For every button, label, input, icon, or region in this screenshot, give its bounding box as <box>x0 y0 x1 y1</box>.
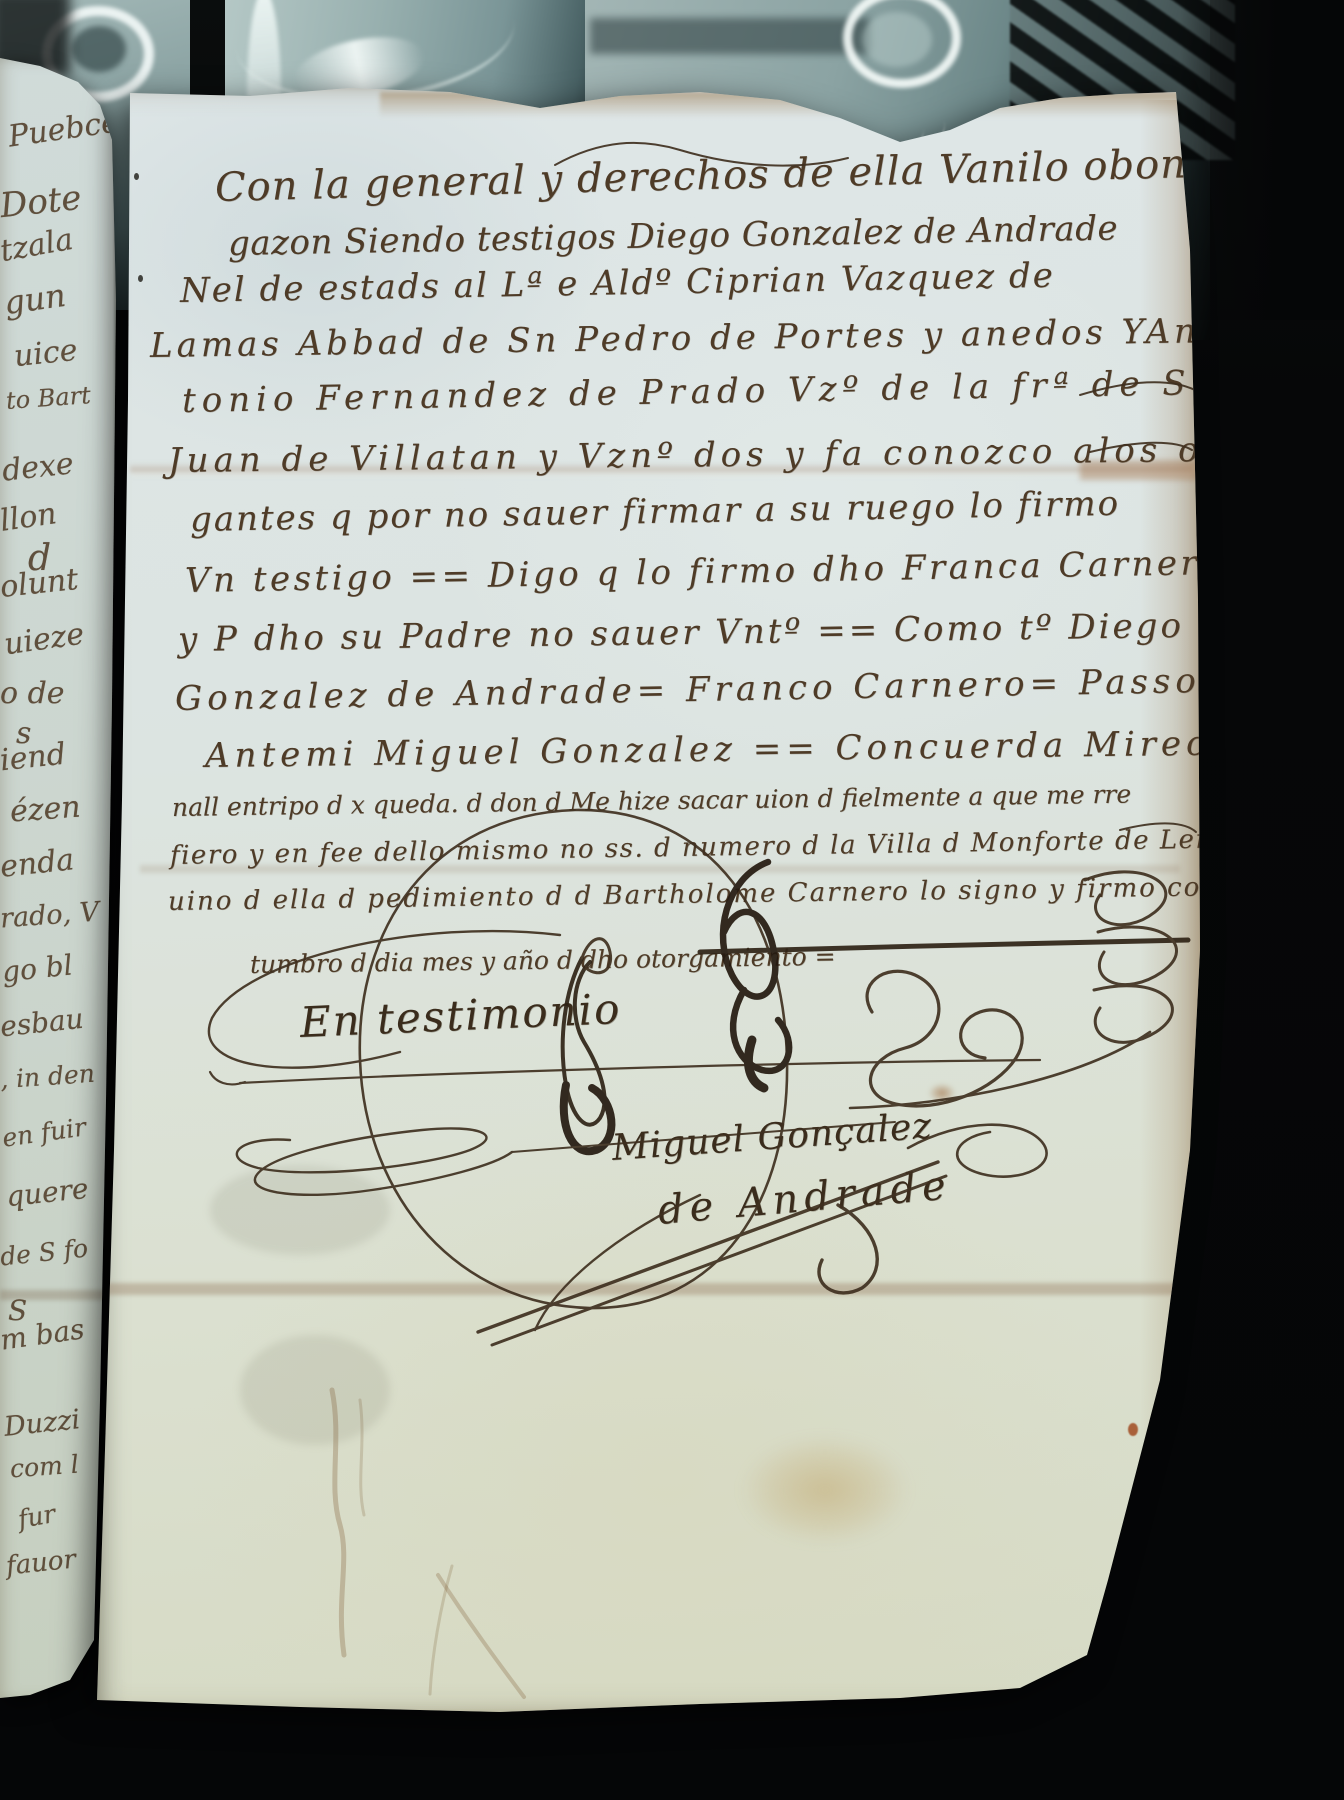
rubric-flourishes <box>0 0 1344 1800</box>
document-page: Con la general y derechos de ella Vanilo… <box>90 85 1205 1715</box>
photograph-scene: Puebce Dote tzala gun uice to Bart dexe … <box>0 0 1344 1800</box>
document-page-wrap: Con la general y derechos de ella Vanilo… <box>0 0 1344 1800</box>
